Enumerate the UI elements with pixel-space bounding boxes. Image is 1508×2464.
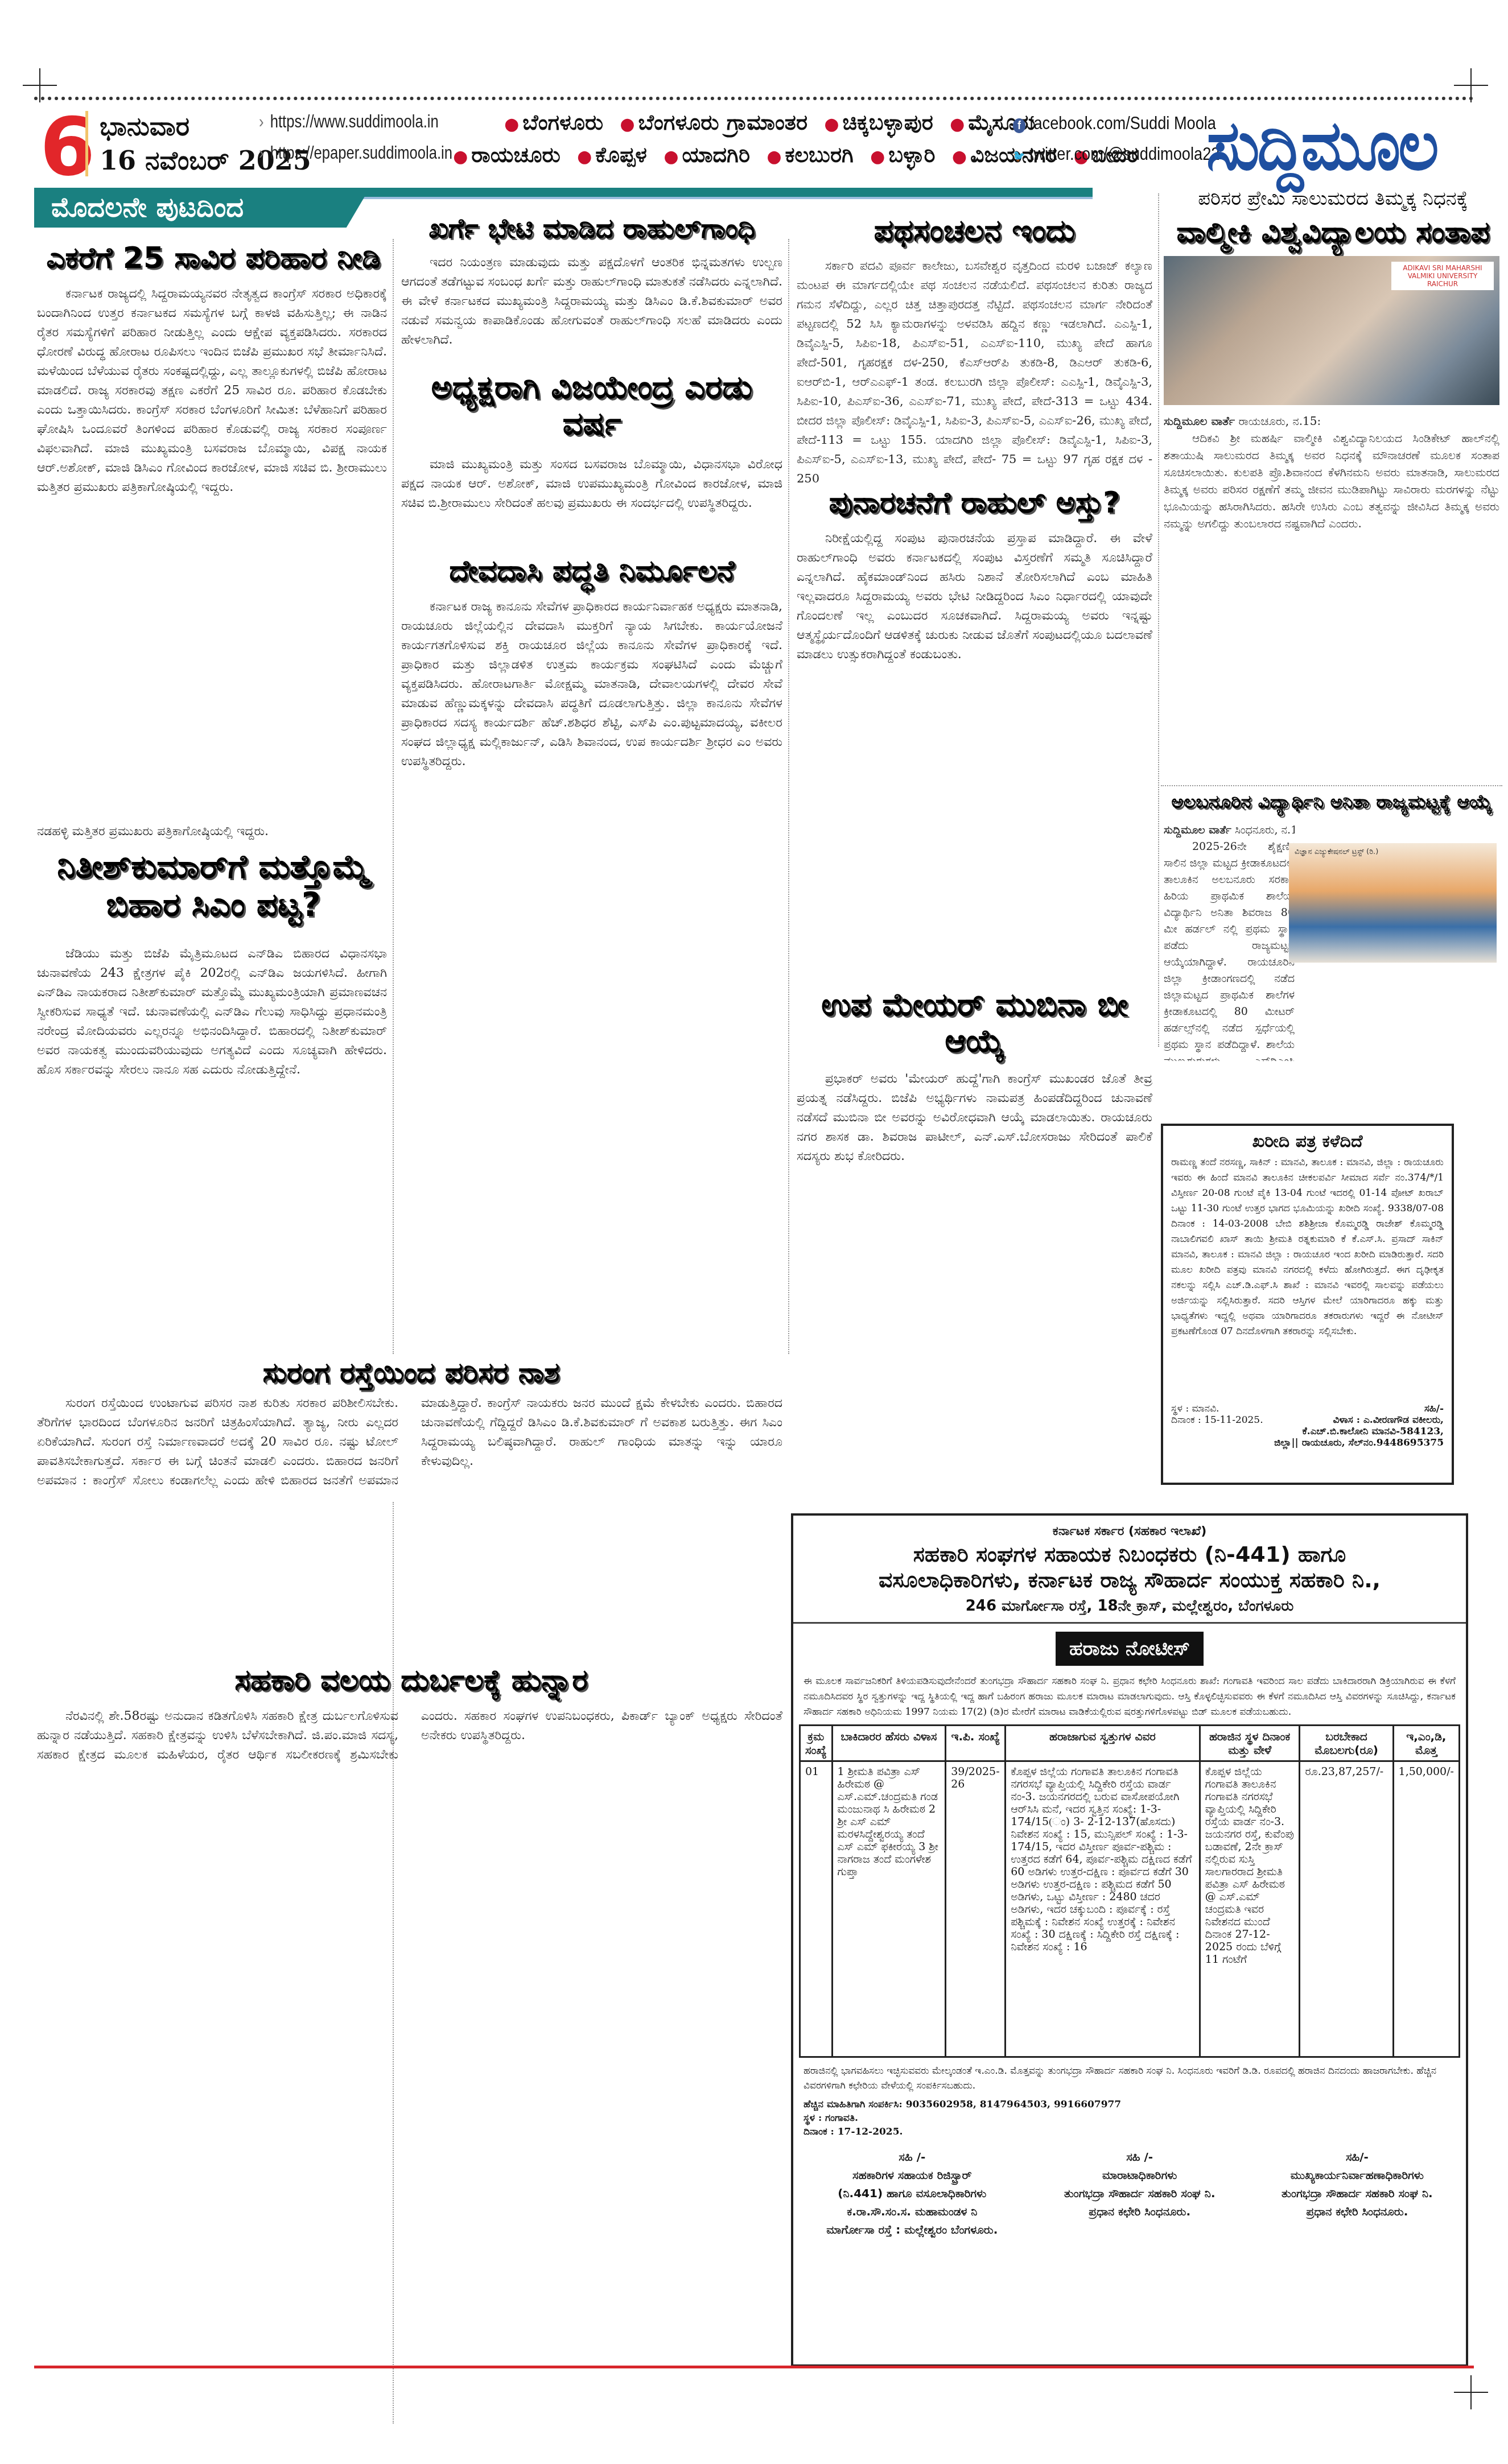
cell-ep-number: 39/2025-26 [946, 1761, 1006, 2057]
facebook-icon: f [1013, 118, 1025, 133]
column-rule [1158, 193, 1159, 1047]
newspaper-logo: ಸುದ್ದಿಮೂಲ [1206, 101, 1451, 189]
news-photo: ADIKAVI SRI MAHARSHI VALMIKI UNIVERSITY … [1164, 256, 1499, 405]
article-body: ಮಾಜಿ ಮುಖ್ಯಮಂತ್ರಿ ಮತ್ತು ಸಂಸದ ಬಸವರಾಜ ಬೊಮ್ಮ… [401, 455, 782, 552]
col-header: ಕ್ರಮ ಸಂಖ್ಯೆ [800, 1726, 833, 1761]
article-body: ನಿರೀಕ್ಷೆಯಲ್ಲಿದ್ದ ಸಂಪುಟ ಪುನಾರಚನೆಯ ಪ್ರಸ್ತಾ… [797, 529, 1152, 984]
col-header: ಹರಾಜಾಗುವ ಸ್ವತ್ತುಗಳ ವಿವರ [1006, 1726, 1200, 1761]
col-header: ಹರಾಜಿನ ಸ್ಥಳ ದಿನಾಂಕ ಮತ್ತು ವೇಳೆ [1200, 1726, 1300, 1761]
facebook-link[interactable]: ffacebook.com/Suddi Moola [1013, 113, 1216, 134]
section-rule [1161, 785, 1502, 786]
auction-place: ಸ್ಥಳ : ಗಂಗಾವತಿ. [793, 2110, 1466, 2126]
chevron-right-icon: › [259, 142, 264, 163]
cell-amount-due: ರೂ.23,87,257/- [1300, 1761, 1393, 2057]
ad-auction-notice: ಕರ್ನಾಟಕ ಸರ್ಕಾರ (ಸಹಕಾರ ಇಲಾಖೆ) ಸಹಕಾರಿ ಸಂಘಗ… [791, 1513, 1468, 2367]
auction-dept: ಕರ್ನಾಟಕ ಸರ್ಕಾರ (ಸಹಕಾರ ಇಲಾಖೆ) [799, 1524, 1460, 1538]
ad-body: ರಾಮಣ್ಣ ತಂದೆ ನರಸಣ್ಣ, ಸಾಕಿನ್ : ಮಾನವಿ, ತಾಲೂ… [1171, 1155, 1444, 1400]
column-rule [788, 239, 789, 1354]
headline: ಅಲಬನೂರಿನ ವಿದ್ಯಾರ್ಥಿನಿ ಅನಿತಾ ರಾಜ್ಯಮಟ್ಟಕ್ಕ… [1161, 791, 1502, 812]
auction-contact: ಹೆಚ್ಚಿನ ಮಾಹಿತಿಗಾಗಿ ಸಂಪರ್ಕಿಸಿ: 9035602958… [793, 2099, 1466, 2110]
table-row: 01 1 ಶ್ರೀಮತಿ ಪವಿತ್ರಾ ಎಸ್ ಹಿರೇಮಠ @ ಎಸ್.ಎಮ… [800, 1761, 1460, 2057]
col-header: ಬರಬೇಕಾದ ಮೊಬಲಗು(ರೂ) [1300, 1726, 1393, 1761]
website-link[interactable]: ›https://www.suddimoola.in [259, 111, 439, 132]
photo-banner: ವಿಜ್ಞಾನ ಎಜ್ಯುಕೇಷನಲ್ ಟ್ರಸ್ಟ್ (ರಿ.) [1295, 848, 1378, 856]
auction-notice-tag: ಹರಾಜು ನೋಟೀಸ್ [1056, 1632, 1204, 1666]
twitter-link[interactable]: 🐦twitter.com/@suddimoola22 [1013, 143, 1219, 164]
col-header: ಬಾಕಿದಾರರ ಹೆಸರು ವಿಳಾಸ [832, 1726, 946, 1761]
col-header: ಇ,ಎಂ,ಡಿ, ಮೊತ್ತ [1393, 1726, 1459, 1761]
ad-title: ಖರೀದಿ ಪತ್ರ ಕಳೆದಿದೆ [1171, 1132, 1444, 1151]
top-dotted-rule [34, 97, 1474, 100]
auction-title-2: ವಸೂಲಾಧಿಕಾರಿಗಳು, ಕರ್ನಾಟಕ ರಾಜ್ಯ ಸೌಹಾರ್ದ ಸಂ… [799, 1567, 1460, 1593]
cell-debtor: 1 ಶ್ರೀಮತಿ ಪವಿತ್ರಾ ಎಸ್ ಹಿರೇಮಠ @ ಎಸ್.ಎಮ್.ಚ… [832, 1761, 946, 2057]
article-body-cont [1164, 961, 1499, 1053]
article-body: ಸುರಂಗ ರಸ್ತೆಯಿಂದ ಉಂಟಾಗುವ ಪರಿಸರ ನಾಶ ಕುರಿತು… [37, 1394, 782, 1661]
article-tail: ನಡಹಳ್ಳಿ ಮತ್ತಿತರ ಪ್ರಮುಖರು ಪತ್ರಿಕಾಗೋಷ್ಠಿಯಲ… [37, 822, 387, 841]
student-photo: ವಿಜ್ಞಾನ ಎಜ್ಯುಕೇಷನಲ್ ಟ್ರಸ್ಟ್ (ರಿ.) [1289, 843, 1497, 963]
ad-address-2: ಜಿಲ್ಲಾ|| ರಾಯಚೂರು, ಸೆಲ್‌ನಂ.9448695375 [1274, 1437, 1444, 1448]
article-body: ಕರ್ನಾಟಕ ರಾಜ್ಯದಲ್ಲಿ ಸಿದ್ದರಾಮಯ್ಯನವರ ನೇತೃತ್… [37, 284, 387, 825]
article-body: ನೆರವಿನಲ್ಲಿ ಶೇ.58ರಷ್ಟು ಅನುದಾನ ಕಡಿತಗೊಳಿಸಿ … [37, 1707, 782, 2378]
auction-table: ಕ್ರಮ ಸಂಖ್ಯೆ ಬಾಕಿದಾರರ ಹೆಸರು ವಿಳಾಸ ಇ.ಪಿ. ಸ… [799, 1724, 1460, 2058]
ad-lost-purchase-deed: ಖರೀದಿ ಪತ್ರ ಕಳೆದಿದೆ ರಾಮಣ್ಣ ತಂದೆ ನರಸಣ್ಣ, ಸ… [1161, 1124, 1454, 1485]
auction-footer-note: ಹರಾಜಿನಲ್ಲಿ ಭಾಗವಹಿಸಲು ಇಚ್ಛಿಸುವವರು ಮೇಲ್ಕಂಡ… [793, 2058, 1466, 2099]
cell-venue: ಕೊಪ್ಪಳ ಜಿಲ್ಲೆಯ ಗಂಗಾವತಿ ತಾಲೂಕಿನ ಗಂಗಾವತಿ ನ… [1200, 1761, 1300, 2057]
crop-mark-icon [1454, 2375, 1488, 2409]
ad-address-1: ಕೆ.ಎಚ್.ಬಿ.ಕಾಲೋನಿ ಮಾನವಿ-584123, [1274, 1426, 1444, 1437]
article-body: ಸುದ್ದಿಮೂಲ ವಾರ್ತೆ ರಾಯಚೂರು, ನ.15: ಆದಿಕವಿ ಶ… [1164, 412, 1499, 731]
headline: ವಾಲ್ಮೀಕಿ ವಿಶ್ವವಿದ್ಯಾಲಯ ಸಂತಾಪ [1164, 216, 1502, 250]
headline: ದೇವದಾಸಿ ಪದ್ಧತಿ ನಿರ್ಮೂಲನೆ [398, 555, 785, 589]
section-banner: ಮೊದಲನೇ ಪುಟದಿಂದ [34, 188, 370, 228]
twitter-icon: 🐦 [1013, 149, 1025, 164]
edition-cities-row-1: ●ಬೆಂಗಳೂರು ●ಬೆಂಗಳೂರು ಗ್ರಾಮಾಂತರ ●ಚಿಕ್ಕಬಳ್ಳ… [495, 110, 1036, 135]
byline: ಸುದ್ದಿಮೂಲ ವಾರ್ತೆ [1164, 824, 1231, 836]
kicker: ಪರಿಸರ ಪ್ರೇಮಿ ಸಾಲುಮರದ ತಿಮ್ಮಕ್ಕ ನಿಧನಕ್ಕೆ [1164, 188, 1502, 210]
signatory-1: ಸಹಿ /- ಸಹಕಾರಿಗಳ ಸಹಾಯಕ ರಿಜಿಸ್ಟ್ರಾರ್ (ನಿ.4… [826, 2148, 998, 2239]
epaper-link[interactable]: ›https://epaper.suddimoola.in [259, 142, 452, 163]
photo-banner: ADIKAVI SRI MAHARSHI VALMIKI UNIVERSITY … [1391, 262, 1494, 290]
headline: ನಿತೀಶ್‌ಕುಮಾರ್‌ಗೆ ಮತ್ತೊಮ್ಮೆ ಬಿಹಾರ ಸಿಎಂ ಪಟ… [34, 848, 393, 923]
article-body: ಕರ್ನಾಟಕ ರಾಜ್ಯ ಕಾನೂನು ಸೇವೆಗಳ ಪ್ರಾಧಿಕಾರದ ಕ… [401, 597, 782, 1348]
headline: ಸುರಂಗ ರಸ್ತೆಯಿಂದ ಪರಿಸರ ನಾಶ [34, 1357, 788, 1390]
auction-intro: ಈ ಮೂಲಕ ಸಾರ್ವಜನಿಕರಿಗೆ ತಿಳಿಯಪಡಿಸುವುದೇನೆಂದರ… [793, 1666, 1466, 1724]
signatory-2: ಸಹಿ /- ಮಾರಾಟಾಧಿಕಾರಿಗಳು ತುಂಗಭದ್ರಾ ಸೌಹಾರ್ದ… [1064, 2148, 1216, 2239]
cell-property: ಕೊಪ್ಪಳ ಜಿಲ್ಲೆಯ ಗಂಗಾವತಿ ತಾಲೂಕಿನ ಗಂಗಾವತಿ ನ… [1006, 1761, 1200, 2057]
column-rule [393, 239, 394, 1354]
ad-signatory: ವಿಳಾಸ : ಎ.ವೀರಣಗೌಡ ವಕೀಲರು, [1274, 1414, 1444, 1426]
ad-date: ದಿನಾಂಕ : 15-11-2025. [1171, 1414, 1263, 1426]
article-body: ಸರ್ಕಾರಿ ಪದವಿ ಪೂರ್ವ ಕಾಲೇಜು, ಬಸವೇಶ್ವರ ವೃತ್… [797, 256, 1152, 484]
col-header: ಇ.ಪಿ. ಸಂಖ್ಯೆ [946, 1726, 1006, 1761]
footer-red-rule [34, 2366, 1474, 2368]
signatory-3: ಸಹಿ/- ಮುಖ್ಯಕಾರ್ಯನಿರ್ವಾಹಣಾಧಿಕಾರಿಗಳು ತುಂಗಭ… [1282, 2148, 1433, 2239]
headline: ಅಧ್ಯಕ್ಷರಾಗಿ ವಿಜಯೇಂದ್ರ ಎರಡು ವರ್ಷ [398, 370, 785, 443]
weekday: ಭಾನುವಾರ [100, 111, 189, 143]
chevron-right-icon: › [259, 111, 264, 131]
auction-date: ದಿನಾಂಕ : 17-12-2025. [793, 2126, 1466, 2137]
ad-sign: ಸಹಿ/- [1274, 1403, 1444, 1414]
ad-place: ಸ್ಥಳ : ಮಾನವಿ. [1171, 1403, 1263, 1414]
headline: ಉಪ ಮೇಯರ್ ಮುಬಿನಾ ಬೀ ಆಯ್ಕೆ [794, 987, 1155, 1060]
auction-address: 246 ಮಾರ್ಗೋಸಾ ರಸ್ತೆ, 18ನೇ ಕ್ರಾಸ್, ಮಲ್ಲೇಶ್… [799, 1598, 1460, 1615]
headline: ಎಕರೆಗೆ 25 ಸಾವಿರ ಪರಿಹಾರ ನೀಡಿ [34, 242, 393, 276]
cell-emd: 1,50,000/- [1393, 1761, 1459, 2057]
headline: ಪುನಾರಚನೆಗೆ ರಾಹುಲ್ ಅಸ್ತು? [794, 486, 1155, 521]
byline: ಸುದ್ದಿಮೂಲ ವಾರ್ತೆ [1164, 414, 1235, 428]
article-body: ಇದರ ನಿಯಂತ್ರಣ ಮಾಡುವುದು ಮತ್ತು ಪಕ್ಷದೊಳಗೆ ಆಂ… [401, 253, 782, 364]
headline: ಸಹಕಾರಿ ವಲಯ ದುರ್ಬಲಕ್ಕೆ ಹುನ್ನಾರ [34, 1664, 788, 1698]
dateline: ರಾಯಚೂರು, ನ.15: [1238, 414, 1321, 428]
auction-title-1: ಸಹಕಾರಿ ಸಂಘಗಳ ಸಹಾಯಕ ನಿಬಂಧಕರು (ನಿ-441) ಹಾಗ… [799, 1542, 1460, 1567]
dateline: ಸಿಂಧನೂರು, ನ.15: [1235, 824, 1295, 836]
headline: ಖರ್ಗೆ ಭೇಟಿ ಮಾಡಿದ ರಾಹುಲ್‌ಗಾಂಧಿ [398, 213, 785, 245]
article-body: ಪ್ರಭಾಕರ್ ಅವರು 'ಮೇಯರ್ ಹುದ್ದೆ'ಗಾಗಿ ಕಾಂಗ್ರೆ… [797, 1070, 1152, 1354]
cell-serial: 01 [800, 1761, 833, 2057]
header-divider [85, 111, 88, 176]
headline: ಪಥಸಂಚಲನ ಇಂದು [794, 213, 1155, 249]
